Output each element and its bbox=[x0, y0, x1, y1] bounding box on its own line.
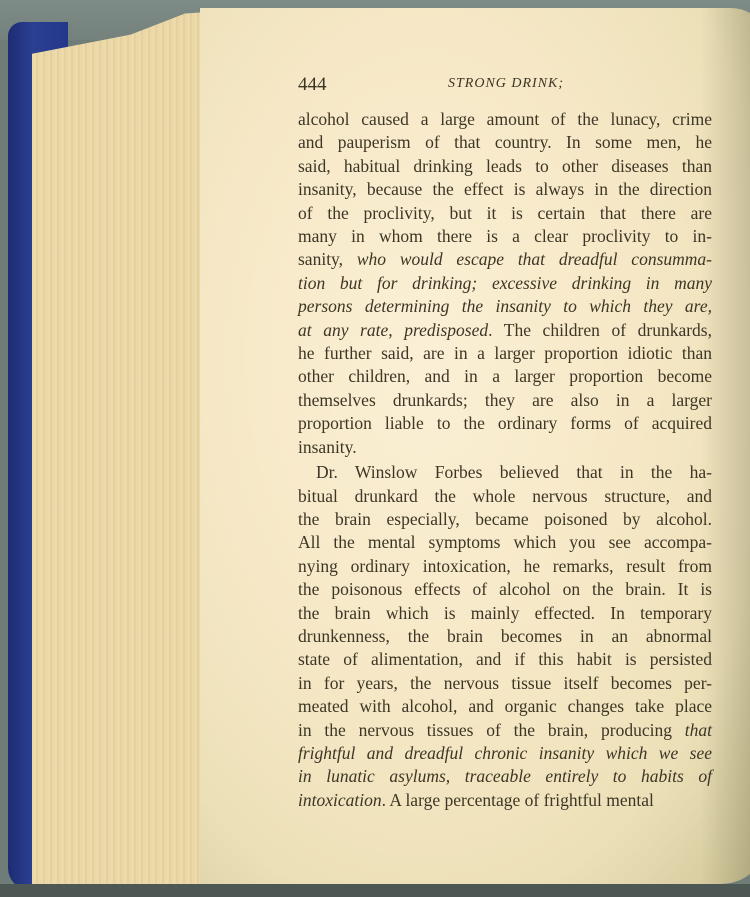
text-segment: insanity, because the effect is always i… bbox=[298, 179, 712, 199]
italic-text: tion but for drinking; excessive drinkin… bbox=[298, 273, 712, 293]
text-line: in lunatic asylums, traceable entirely t… bbox=[298, 765, 712, 788]
italic-text: at any rate, predisposed bbox=[298, 320, 488, 340]
text-segment: Dr. Winslow Forbes believed that in the … bbox=[316, 462, 712, 482]
text-line: in for years, the nervous tissue itself … bbox=[298, 672, 712, 695]
text-line: sanity, who would escape that dreadful c… bbox=[298, 248, 712, 271]
text-segment: state of alimentation, and if this habit… bbox=[298, 649, 712, 669]
text-line: insanity. bbox=[298, 436, 712, 459]
text-segment: alcohol caused a large amount of the lun… bbox=[298, 109, 712, 129]
text-segment: . A large percentage of frightful mental bbox=[382, 790, 654, 810]
italic-text: persons determining the insanity to whic… bbox=[298, 296, 712, 316]
text-line: said, habitual drinking leads to other d… bbox=[298, 155, 712, 178]
text-segment: and pauperism of that country. In some m… bbox=[298, 132, 712, 152]
book-page: 444 STRONG DRINK; alcohol caused a large… bbox=[200, 8, 750, 884]
text-segment: nying ordinary intoxication, he remarks,… bbox=[298, 556, 712, 576]
text-segment: the poisonous effects of alcohol on the … bbox=[298, 579, 712, 599]
text-segment: the brain which is mainly effected. In t… bbox=[298, 603, 712, 623]
text-line: frightful and dreadful chronic insanity … bbox=[298, 742, 712, 765]
italic-text: who would escape that dreadful consumma- bbox=[357, 249, 712, 269]
running-head: STRONG DRINK; bbox=[448, 76, 564, 92]
page-number: 444 bbox=[298, 74, 327, 96]
text-segment: in the nervous tissues of the brain, pro… bbox=[298, 720, 685, 740]
text-segment: said, habitual drinking leads to other d… bbox=[298, 156, 712, 176]
text-line: All the mental symptoms which you see ac… bbox=[298, 531, 712, 554]
text-line: bitual drunkard the whole nervous struct… bbox=[298, 485, 712, 508]
table-surface bbox=[0, 884, 750, 897]
text-line: themselves drunkards; they are also in a… bbox=[298, 389, 712, 412]
italic-text: intoxication bbox=[298, 790, 382, 810]
paragraph: Dr. Winslow Forbes believed that in the … bbox=[298, 461, 712, 812]
italic-text: in lunatic asylums, traceable entirely t… bbox=[298, 766, 712, 786]
text-line: insanity, because the effect is always i… bbox=[298, 178, 712, 201]
text-line: other children, and in a larger proporti… bbox=[298, 365, 712, 388]
italic-text: frightful and dreadful chronic insanity … bbox=[298, 743, 712, 763]
text-segment: of the proclivity, but it is certain tha… bbox=[298, 203, 712, 223]
page-body-text: alcohol caused a large amount of the lun… bbox=[298, 108, 712, 812]
text-line: the brain especially, became poisoned by… bbox=[298, 508, 712, 531]
text-segment: proportion liable to the ordinary forms … bbox=[298, 413, 712, 433]
text-segment: he further said, are in a larger proport… bbox=[298, 343, 712, 363]
text-segment: themselves drunkards; they are also in a… bbox=[298, 390, 712, 410]
italic-text: that bbox=[685, 720, 712, 740]
text-segment: in for years, the nervous tissue itself … bbox=[298, 673, 712, 693]
text-line: meated with alcohol, and organic changes… bbox=[298, 695, 712, 718]
text-segment: sanity, bbox=[298, 249, 357, 269]
text-segment: drunkenness, the brain becomes in an abn… bbox=[298, 626, 712, 646]
text-segment: . The children of drunkards, bbox=[488, 320, 712, 340]
text-line: he further said, are in a larger proport… bbox=[298, 342, 712, 365]
page-edges bbox=[32, 10, 212, 886]
text-line: the poisonous effects of alcohol on the … bbox=[298, 578, 712, 601]
text-segment: other children, and in a larger proporti… bbox=[298, 366, 712, 386]
text-segment: many in whom there is a clear proclivity… bbox=[298, 226, 712, 246]
text-line: many in whom there is a clear proclivity… bbox=[298, 225, 712, 248]
text-segment: meated with alcohol, and organic changes… bbox=[298, 696, 712, 716]
text-line: drunkenness, the brain becomes in an abn… bbox=[298, 625, 712, 648]
text-segment: insanity. bbox=[298, 437, 357, 457]
text-line: alcohol caused a large amount of the lun… bbox=[298, 108, 712, 131]
text-segment: bitual drunkard the whole nervous struct… bbox=[298, 486, 712, 506]
text-line: persons determining the insanity to whic… bbox=[298, 295, 712, 318]
text-line: and pauperism of that country. In some m… bbox=[298, 131, 712, 154]
text-line: Dr. Winslow Forbes believed that in the … bbox=[298, 461, 712, 484]
text-segment: All the mental symptoms which you see ac… bbox=[298, 532, 712, 552]
paragraph: alcohol caused a large amount of the lun… bbox=[298, 108, 712, 459]
text-line: state of alimentation, and if this habit… bbox=[298, 648, 712, 671]
text-segment: the brain especially, became poisoned by… bbox=[298, 509, 712, 529]
text-line: the brain which is mainly effected. In t… bbox=[298, 602, 712, 625]
text-line: of the proclivity, but it is certain tha… bbox=[298, 202, 712, 225]
text-line: at any rate, predisposed. The children o… bbox=[298, 319, 712, 342]
text-line: proportion liable to the ordinary forms … bbox=[298, 412, 712, 435]
text-line: intoxication. A large percentage of frig… bbox=[298, 789, 712, 812]
text-line: nying ordinary intoxication, he remarks,… bbox=[298, 555, 712, 578]
page-header: 444 STRONG DRINK; bbox=[298, 74, 718, 98]
text-line: in the nervous tissues of the brain, pro… bbox=[298, 719, 712, 742]
text-line: tion but for drinking; excessive drinkin… bbox=[298, 272, 712, 295]
